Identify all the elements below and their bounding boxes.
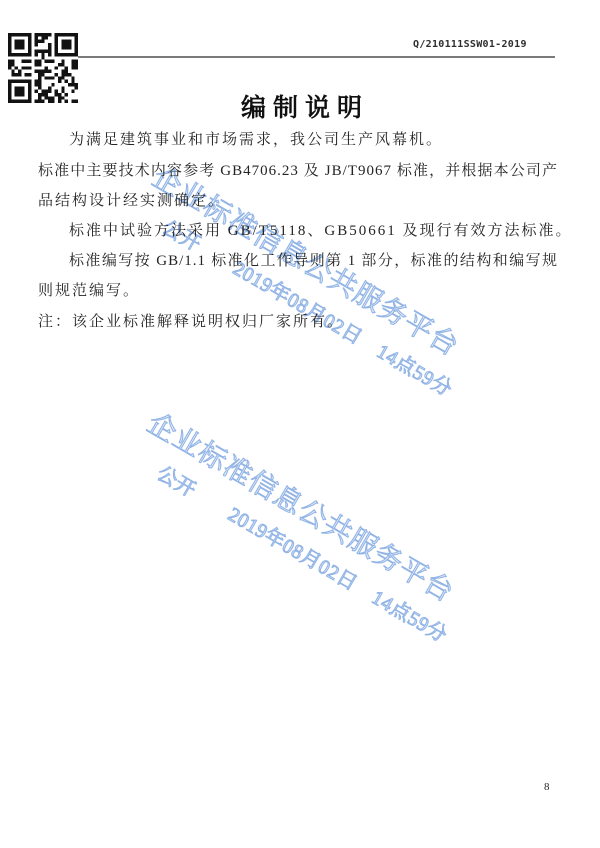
doc-number: Q/210111SSW01-2019 <box>413 39 527 50</box>
watermark-status-date-text: 公开 2019年08月02日 14点59分 <box>153 462 452 648</box>
document-page: Q/210111SSW01-2019 编制说明 企业标准信息公共服务平台 公开 … <box>0 0 600 848</box>
watermark-status-date-text: 公开 2019年08月02日 14点59分 <box>158 216 457 402</box>
body-line: 注：该企业标准解释说明权归厂家所有。 <box>38 312 558 332</box>
watermark-platform-text: 企业标准信息公共服务平台 <box>141 407 473 618</box>
body-line: 为满足建筑事业和市场需求，我公司生产风幕机。 <box>38 130 558 150</box>
header-rule <box>78 56 555 58</box>
body-line: 标准编写按 GB/1.1 标准化工作导则第 1 部分，标准的结构和编写规 <box>38 251 558 271</box>
body-line: 品结构设计经实测确定。 <box>38 191 558 211</box>
watermark: 企业标准信息公共服务平台 公开 2019年08月02日 14点59分 <box>124 407 473 648</box>
body-line: 则规范编写。 <box>38 281 558 301</box>
page-number: 8 <box>544 781 550 793</box>
page-title: 编制说明 <box>0 88 600 124</box>
body-line: 标准中试验方法采用 GB/T5118、GB50661 及现行有效方法标准。 <box>38 221 558 241</box>
body-line: 标准中主要技术内容参考 GB4706.23 及 JB/T9067 标准，并根据本… <box>38 161 558 181</box>
